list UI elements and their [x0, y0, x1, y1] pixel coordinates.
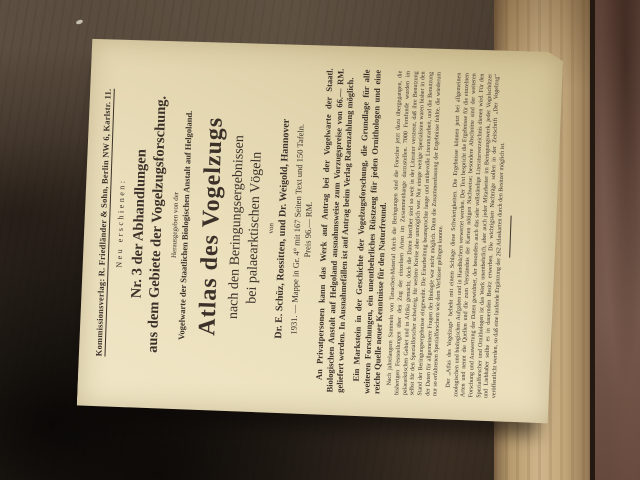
publisher-line: Kommissionsverlag: R. Friedländer & Sohn… [92, 60, 113, 384]
photo-of-book-on-table: Kommissionsverlag: R. Friedländer & Sohn… [0, 0, 640, 480]
detail-paragraph-2: Der „Atlas des Vogelzugs“ behebt mit ein… [445, 73, 510, 399]
praise-paragraph: Ein Markstein in der Geschichte der Voge… [351, 69, 393, 394]
offer-paragraph: An Privatpersonen kann das Werk auf Antr… [314, 68, 356, 393]
publisher-line-text: Kommissionsverlag: R. Friedländer & Sohn… [93, 88, 114, 356]
detail-paragraph-1: Nach jahrelangem Sammeln von Tatsachen-M… [387, 71, 452, 397]
paragraph-end-rule [509, 216, 511, 258]
leather-surface [590, 0, 640, 480]
book-cover: Kommissionsverlag: R. Friedländer & Sohn… [77, 36, 564, 424]
